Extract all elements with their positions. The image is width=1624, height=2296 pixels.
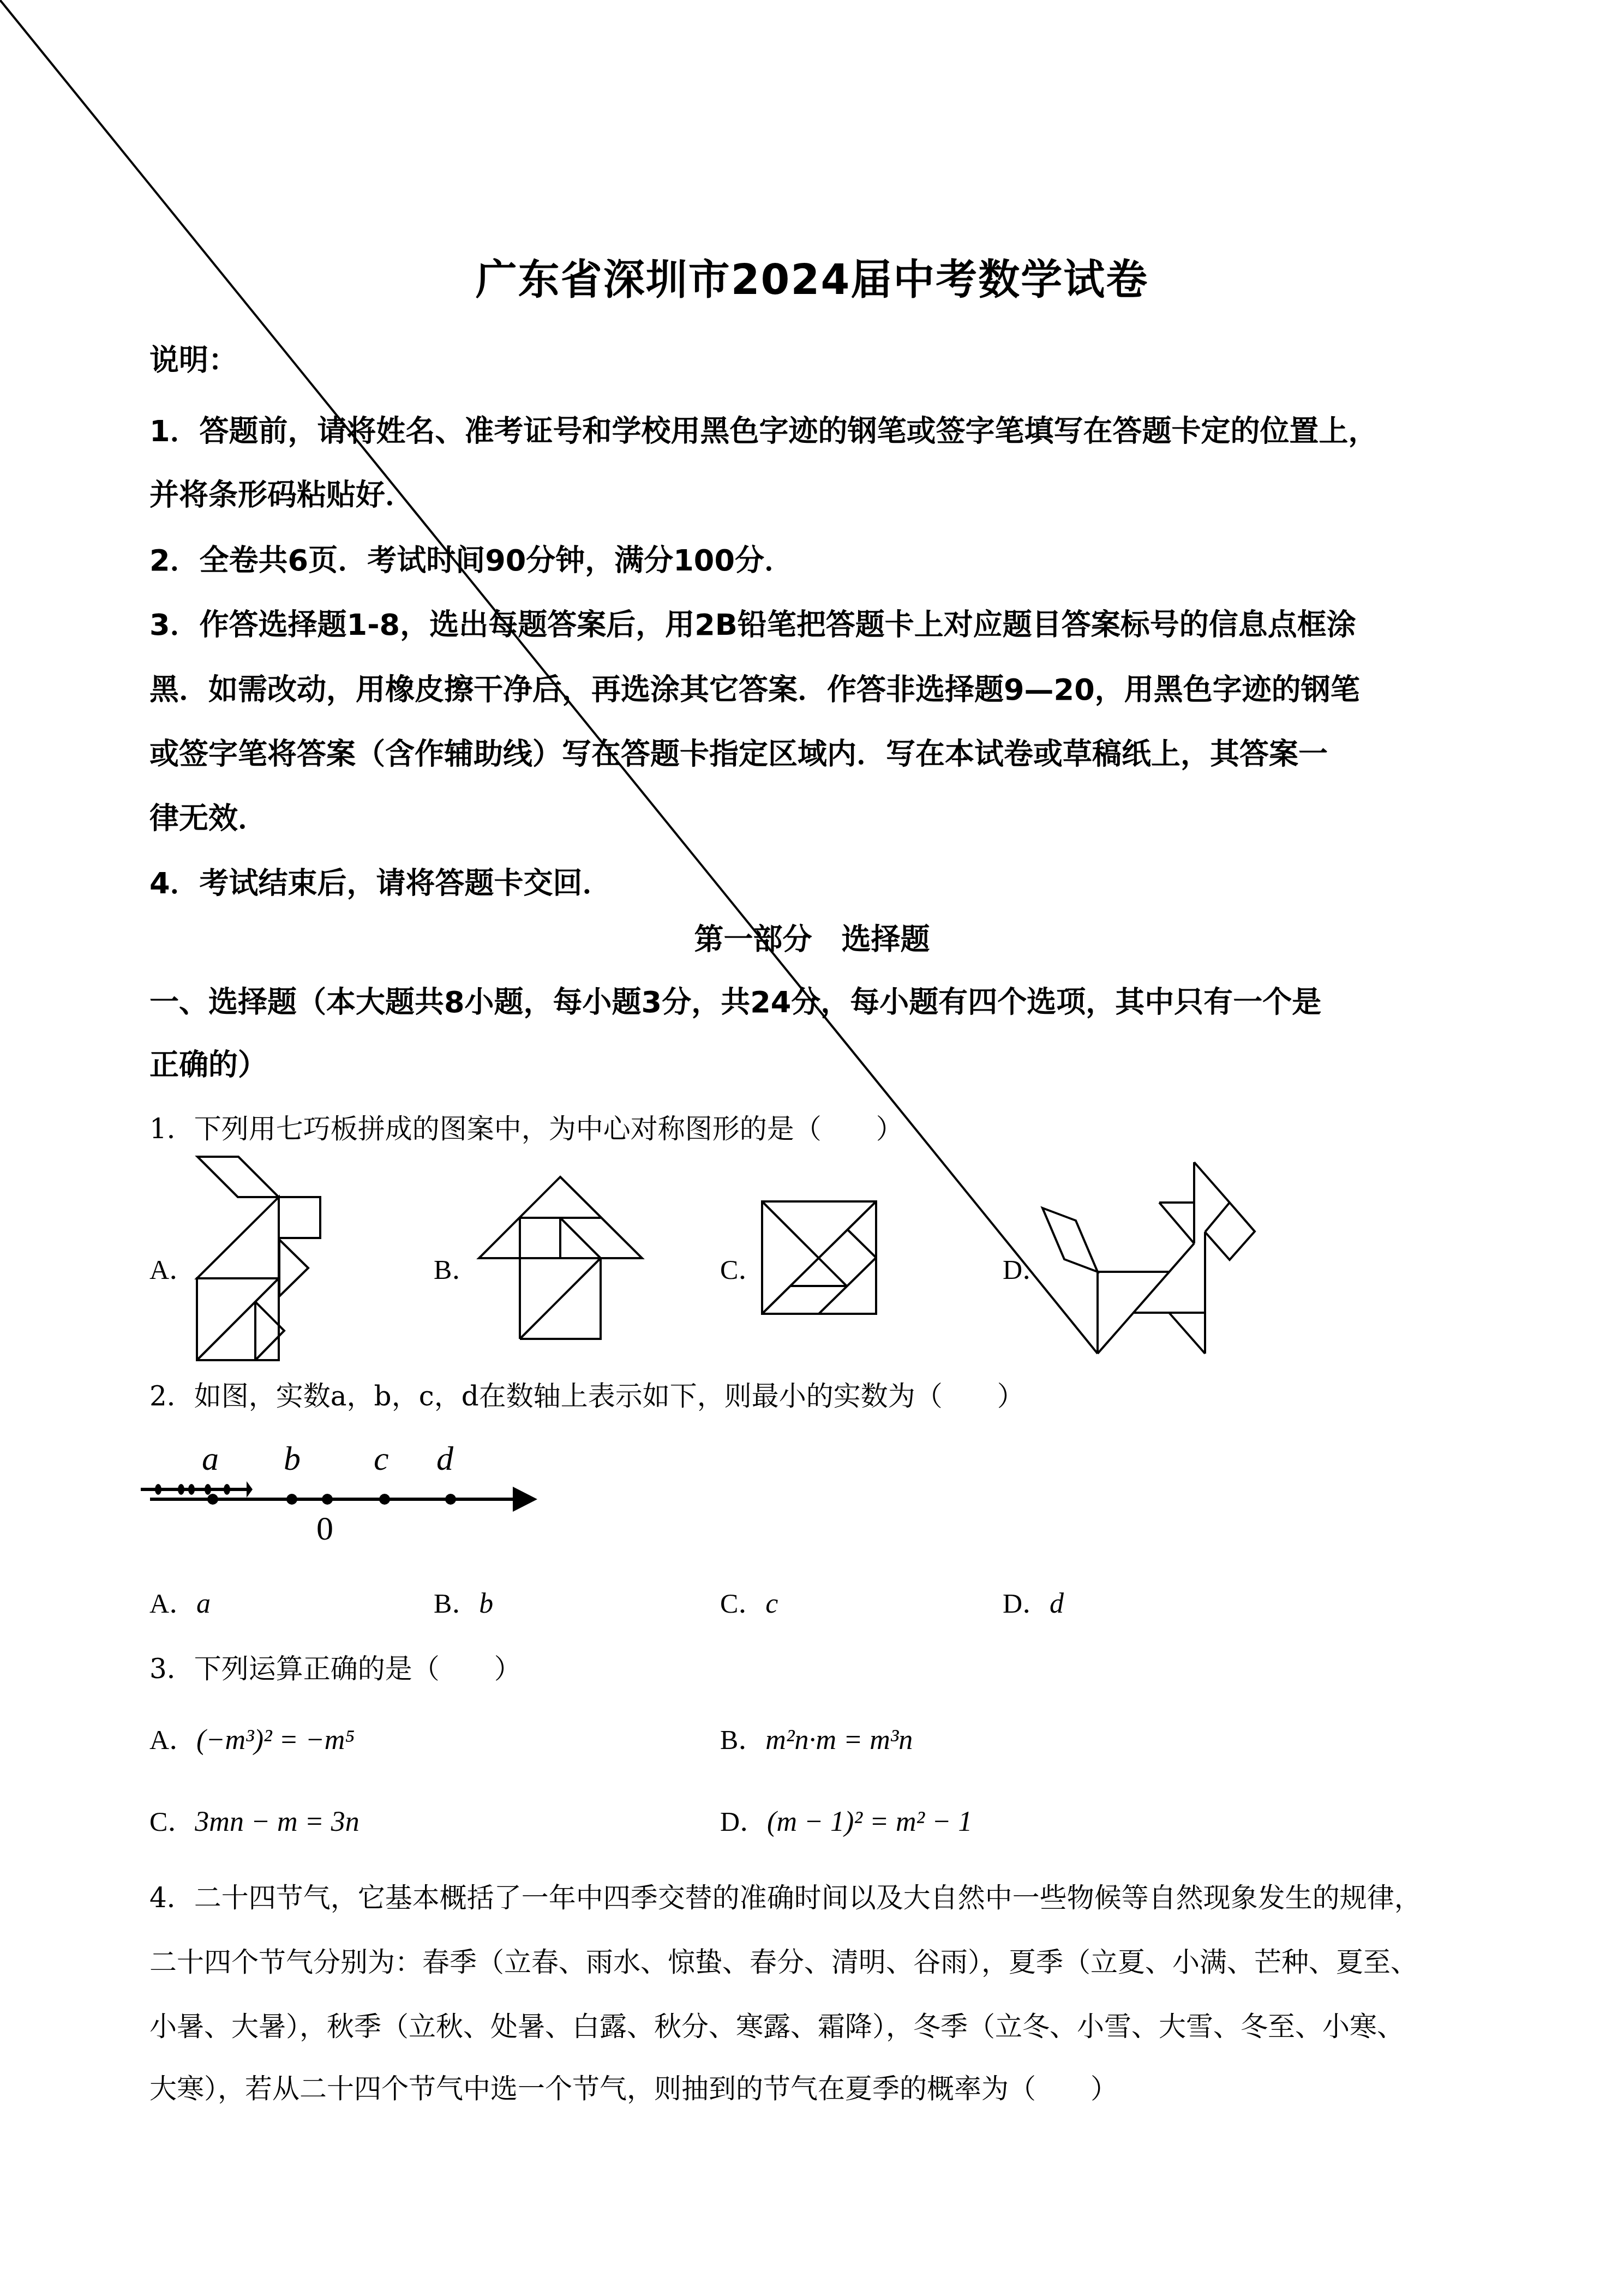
q2-option-c[interactable]: C．c — [720, 1582, 778, 1621]
point-b-icon — [178, 1484, 184, 1495]
q2-option-a[interactable]: A．a — [149, 1582, 211, 1621]
question-4-line-2: 二十四个节气分别为：春季（立春、雨水、惊蛰、春分、清明、谷雨），夏季（立夏、小满… — [149, 1940, 1418, 1980]
question-4-line-4: 大寒），若从二十四个节气中选一个节气，则抽到的节气在夏季的概率为（ ） — [149, 2067, 1118, 2106]
number-line-label-a: a — [202, 1440, 219, 1478]
q3-option-d[interactable]: D．(m − 1)² = m² − 1 — [720, 1800, 972, 1839]
q2-option-b[interactable]: B．b — [434, 1582, 493, 1621]
question-4-line-1: 4．二十四节气，它基本概括了一年中四季交替的准确时间以及大自然中一些物候等自然现… — [149, 1876, 1422, 1915]
number-line-label-c: c — [374, 1440, 389, 1478]
point-c-icon — [205, 1484, 211, 1495]
point-d-icon — [224, 1484, 230, 1495]
question-2-stem: 2．如图，实数a，b，c，d在数轴上表示如下，则最小的实数为（ ） — [149, 1374, 1024, 1414]
point-origin-icon — [188, 1484, 195, 1495]
q3-option-b[interactable]: B．m²n·m = m³n — [720, 1718, 913, 1757]
tangram-house-figure — [479, 1177, 642, 1339]
question-3-stem: 3．下列运算正确的是（ ） — [149, 1647, 522, 1686]
question-text: 如图，实数a，b，c，d在数轴上表示如下，则最小的实数为（ ） — [194, 1380, 1024, 1412]
q3-option-a[interactable]: A．(−m³)² = −m⁵ — [149, 1718, 355, 1757]
tangram-rabbit-figure — [197, 1157, 320, 1360]
question-4-line-3: 小暑、大暑），秋季（立秋、处暑、白露、秋分、寒露、霜降），冬季（立冬、小雪、大雪… — [149, 2005, 1404, 2044]
q3-option-c[interactable]: C．3mn − m = 3n — [149, 1800, 359, 1839]
question-number: 2． — [149, 1380, 194, 1412]
question-number: 3． — [149, 1653, 194, 1685]
number-line-label-b: b — [284, 1440, 301, 1478]
point-a-icon — [155, 1484, 161, 1495]
q2-option-d[interactable]: D．d — [1003, 1582, 1064, 1621]
question-text: 下列运算正确的是（ ） — [194, 1653, 522, 1685]
number-line-origin-label: 0 — [316, 1510, 333, 1548]
tangram-dog-figure — [0, 0, 1255, 1354]
tangram-square-figure — [762, 1201, 876, 1314]
number-line-label-d: d — [436, 1440, 453, 1478]
